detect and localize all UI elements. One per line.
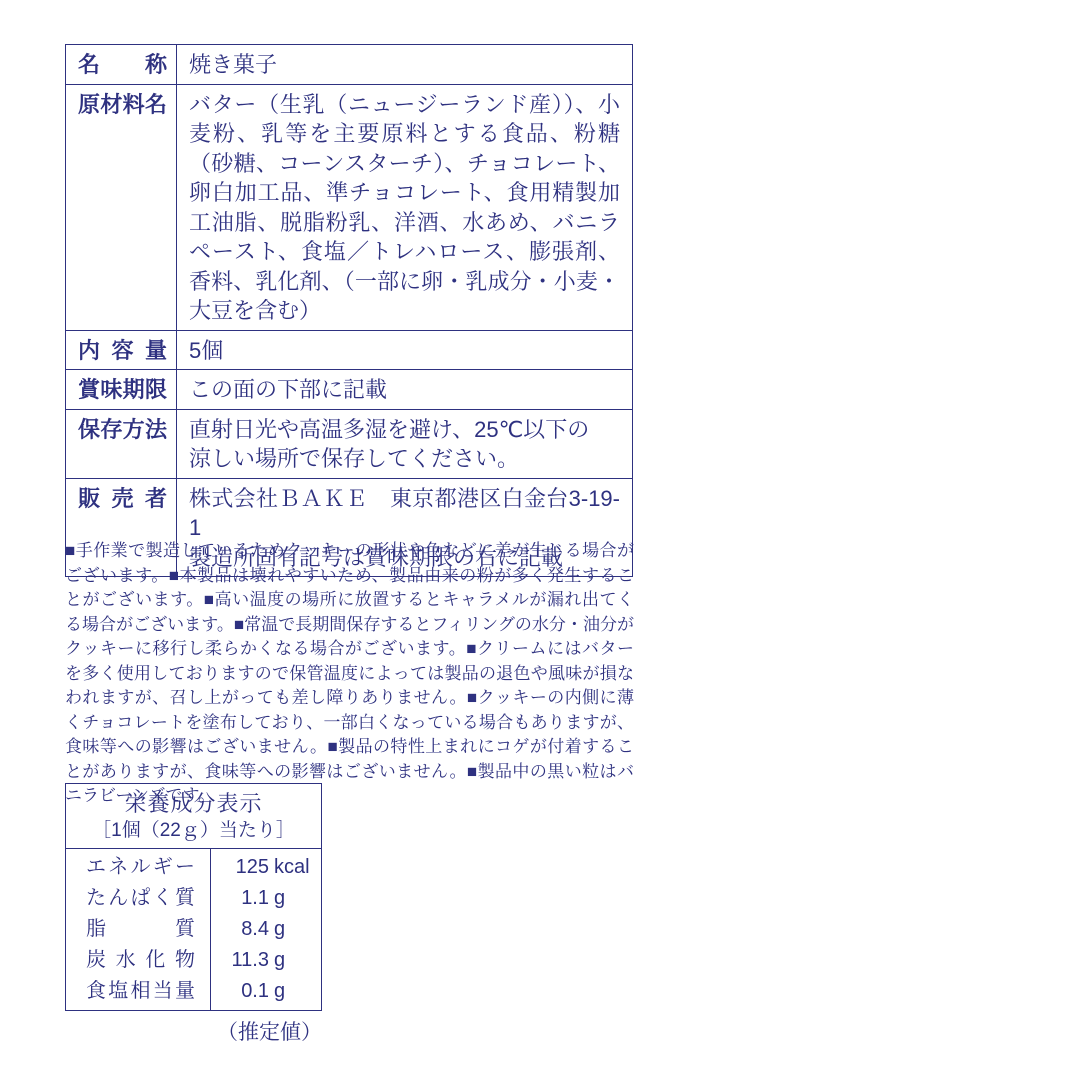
nutrient-amount: 8.4 <box>211 914 269 945</box>
nutrient-unit: g <box>274 945 285 976</box>
product-spec-table: 名称 焼き菓子 原材料名 バター（生乳（ニュージーランド産））、小麦粉、乳等を主… <box>65 44 633 577</box>
nutrient-unit: g <box>274 976 285 1007</box>
nutrient-unit: g <box>274 914 285 945</box>
nutrient-value-carbohydrate: 11.3 g <box>211 945 322 976</box>
seller-line-1: 株式会社ＢＡＫＥ 東京都港区白金台3-19-1 <box>189 484 620 543</box>
spec-value-net-content: 5個 <box>177 330 633 370</box>
spec-value-ingredients: バター（生乳（ニュージーランド産））、小麦粉、乳等を主要原料とする食品、粉糖（砂… <box>177 84 633 330</box>
nutrient-label-energy: エネルギー <box>66 849 211 884</box>
spec-label-storage: 保存方法 <box>66 409 177 478</box>
nutrition-row-energy: エネルギー 125 kcal <box>66 849 322 884</box>
nutrient-label-fat: 脂質 <box>66 914 211 945</box>
nutrient-amount: 11.3 <box>211 945 269 976</box>
nutrition-footnote: （推定値） <box>65 1020 322 1046</box>
nutrient-unit: kcal <box>274 852 310 883</box>
nutrition-section: 栄養成分表示 ［1個（22ｇ）当たり］ エネルギー 125 kcal <box>65 783 322 1046</box>
nutrient-unit: g <box>274 883 285 914</box>
nutrition-header-cell: 栄養成分表示 ［1個（22ｇ）当たり］ <box>66 784 322 849</box>
spec-row-storage: 保存方法 直射日光や高温多湿を避け、25℃以下の 涼しい場所で保存してください。 <box>66 409 633 478</box>
nutrient-value-salt: 0.1 g <box>211 976 322 1011</box>
spec-label-ingredients: 原材料名 <box>66 84 177 330</box>
nutrient-amount: 1.1 <box>211 883 269 914</box>
nutrient-value-protein: 1.1 g <box>211 883 322 914</box>
nutrient-value-energy: 125 kcal <box>211 849 322 884</box>
spec-row-net-content: 内容量 5個 <box>66 330 633 370</box>
nutrition-row-protein: たんぱく質 1.1 g <box>66 883 322 914</box>
spec-row-ingredients: 原材料名 バター（生乳（ニュージーランド産））、小麦粉、乳等を主要原料とする食品… <box>66 84 633 330</box>
storage-line-1: 直射日光や高温多湿を避け、25℃以下の <box>189 415 620 445</box>
spec-label-product-name: 名称 <box>66 45 177 85</box>
spec-row-best-before: 賞味期限 この面の下部に記載 <box>66 370 633 410</box>
nutrition-table: 栄養成分表示 ［1個（22ｇ）当たり］ エネルギー 125 kcal <box>65 783 322 1011</box>
food-label-sheet: 名称 焼き菓子 原材料名 バター（生乳（ニュージーランド産））、小麦粉、乳等を主… <box>0 0 1080 1080</box>
nutrient-amount: 0.1 <box>211 976 269 1007</box>
nutrition-row-fat: 脂質 8.4 g <box>66 914 322 945</box>
nutrient-label-salt: 食塩相当量 <box>66 976 211 1011</box>
storage-line-2: 涼しい場所で保存してください。 <box>189 444 620 474</box>
nutrition-row-carbohydrate: 炭水化物 11.3 g <box>66 945 322 976</box>
nutrient-label-carbohydrate: 炭水化物 <box>66 945 211 976</box>
nutrient-value-fat: 8.4 g <box>211 914 322 945</box>
spec-row-product-name: 名称 焼き菓子 <box>66 45 633 85</box>
nutrition-header-row: 栄養成分表示 ［1個（22ｇ）当たり］ <box>66 784 322 849</box>
spec-value-product-name: 焼き菓子 <box>177 45 633 85</box>
spec-label-net-content: 内容量 <box>66 330 177 370</box>
precautions-text: ■手作業で製造しているためクッキーの形状や色などに差が生じる場合がございます。■… <box>65 539 634 809</box>
spec-value-best-before: この面の下部に記載 <box>177 370 633 410</box>
spec-value-storage: 直射日光や高温多湿を避け、25℃以下の 涼しい場所で保存してください。 <box>177 409 633 478</box>
spec-label-best-before: 賞味期限 <box>66 370 177 410</box>
nutrition-serving: ［1個（22ｇ）当たり］ <box>70 818 317 843</box>
nutrition-title: 栄養成分表示 <box>70 790 317 818</box>
nutrient-label-protein: たんぱく質 <box>66 883 211 914</box>
nutrition-row-salt: 食塩相当量 0.1 g <box>66 976 322 1011</box>
nutrient-amount: 125 <box>211 852 269 883</box>
